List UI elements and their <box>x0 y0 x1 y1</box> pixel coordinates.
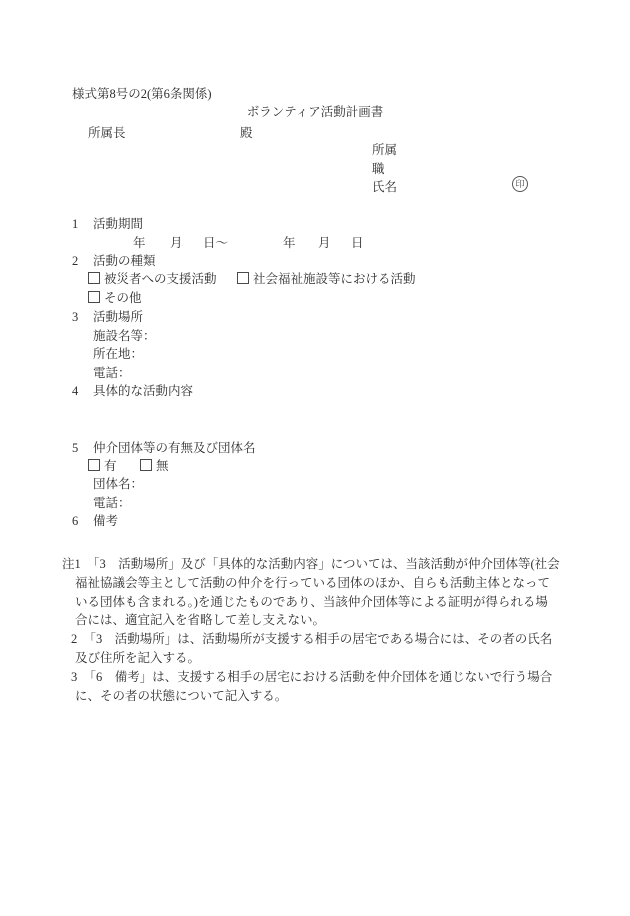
note-2-line-1: 2 「3 活動場所」は、活動場所が支援する相手の居宅である場合には、その者の氏名 <box>62 630 611 648</box>
section-4-heading: 4具体的な活動内容 <box>72 382 193 400</box>
section-6-heading: 6備考 <box>72 512 118 530</box>
option-disaster-support: 被災者への支援活動 <box>88 270 217 288</box>
section-2-number: 2 <box>72 252 93 270</box>
submitter-position-label: 職 <box>372 160 385 178</box>
section-5-heading: 5仲介団体等の有無及び団体名 <box>72 439 256 457</box>
submitter-name-label: 氏名 <box>372 178 397 196</box>
note-1-line-3: いる団体も含まれる。)を通じたものであり、当該仲介団体等による証明が得られる場 <box>62 593 615 611</box>
option-other-label: その他 <box>104 291 142 305</box>
period-start-day-label: 日～ <box>203 234 228 252</box>
addressee-label: 所属長 <box>88 124 126 142</box>
section-1-title: 活動期間 <box>93 217 143 231</box>
period-end-day-label: 日 <box>351 234 364 252</box>
option-welfare-facility: 社会福祉施設等における活動 <box>237 270 416 288</box>
section-6-title: 備考 <box>93 514 118 528</box>
note-1-line-2: 福祉協議会等主として活動の仲介を行っている団体のほか、自らも活動主体となって <box>62 574 615 592</box>
checkbox-disaster-support[interactable] <box>88 272 100 284</box>
period-start-year-label: 年 <box>133 234 146 252</box>
section-1-heading: 1活動期間 <box>72 215 143 233</box>
note-2-line-2: 及び住所を記入する。 <box>62 649 615 667</box>
section-6-number: 6 <box>72 512 93 530</box>
submitter-affiliation-label: 所属 <box>372 141 397 159</box>
note-3-line-1: 3 「6 備考」は、支援する相手の居宅における活動を仲介団体を通じないで行う場合 <box>62 668 611 686</box>
note-1-line-1: 注1 「3 活動場所」及び「具体的な活動内容」については、当該活動が仲介団体等(… <box>62 555 602 573</box>
checkbox-welfare-facility[interactable] <box>237 272 249 284</box>
section-5-number: 5 <box>72 439 93 457</box>
addressee-honorific: 殿 <box>240 124 253 142</box>
option-intermediary-no-label: 無 <box>156 459 169 473</box>
period-end-month-label: 月 <box>318 234 331 252</box>
section-3-heading: 3活動場所 <box>72 308 143 326</box>
section-2-heading: 2活動の種類 <box>72 252 156 270</box>
checkbox-other[interactable] <box>88 291 100 303</box>
option-other: その他 <box>88 289 142 307</box>
option-disaster-support-label: 被災者への支援活動 <box>104 272 217 286</box>
form-number: 様式第8号の2(第6条関係) <box>72 85 212 103</box>
seal-icon: 印 <box>512 176 528 192</box>
option-intermediary-yes: 有 <box>88 457 117 475</box>
organization-phone-field-label: 電話： <box>93 494 131 512</box>
period-end-year-label: 年 <box>283 234 296 252</box>
section-1-number: 1 <box>72 215 93 233</box>
option-welfare-facility-label: 社会福祉施設等における活動 <box>253 272 416 286</box>
phone-field-label: 電話： <box>93 364 131 382</box>
checkbox-intermediary-no[interactable] <box>140 459 152 471</box>
page-title: ボランティア活動計画書 <box>0 103 630 121</box>
section-4-title: 具体的な活動内容 <box>93 384 193 398</box>
section-3-number: 3 <box>72 308 93 326</box>
location-field-label: 所在地： <box>93 345 143 363</box>
section-3-title: 活動場所 <box>93 310 143 324</box>
option-intermediary-yes-label: 有 <box>104 459 117 473</box>
note-1-line-4: 合には、適宜記入を省略して差し支えない。 <box>62 611 615 629</box>
note-3-line-2: に、その者の状態について記入する。 <box>62 687 615 705</box>
section-2-title: 活動の種類 <box>93 254 156 268</box>
volunteer-activity-plan-form: { "colors": { "ink": "#2e2e2e", "backgro… <box>0 0 630 916</box>
checkbox-intermediary-yes[interactable] <box>88 459 100 471</box>
option-intermediary-no: 無 <box>140 457 169 475</box>
section-4-number: 4 <box>72 382 93 400</box>
facility-name-field-label: 施設名等： <box>93 327 156 345</box>
organization-name-field-label: 団体名： <box>93 475 143 493</box>
section-5-title: 仲介団体等の有無及び団体名 <box>93 441 256 455</box>
period-start-month-label: 月 <box>170 234 183 252</box>
